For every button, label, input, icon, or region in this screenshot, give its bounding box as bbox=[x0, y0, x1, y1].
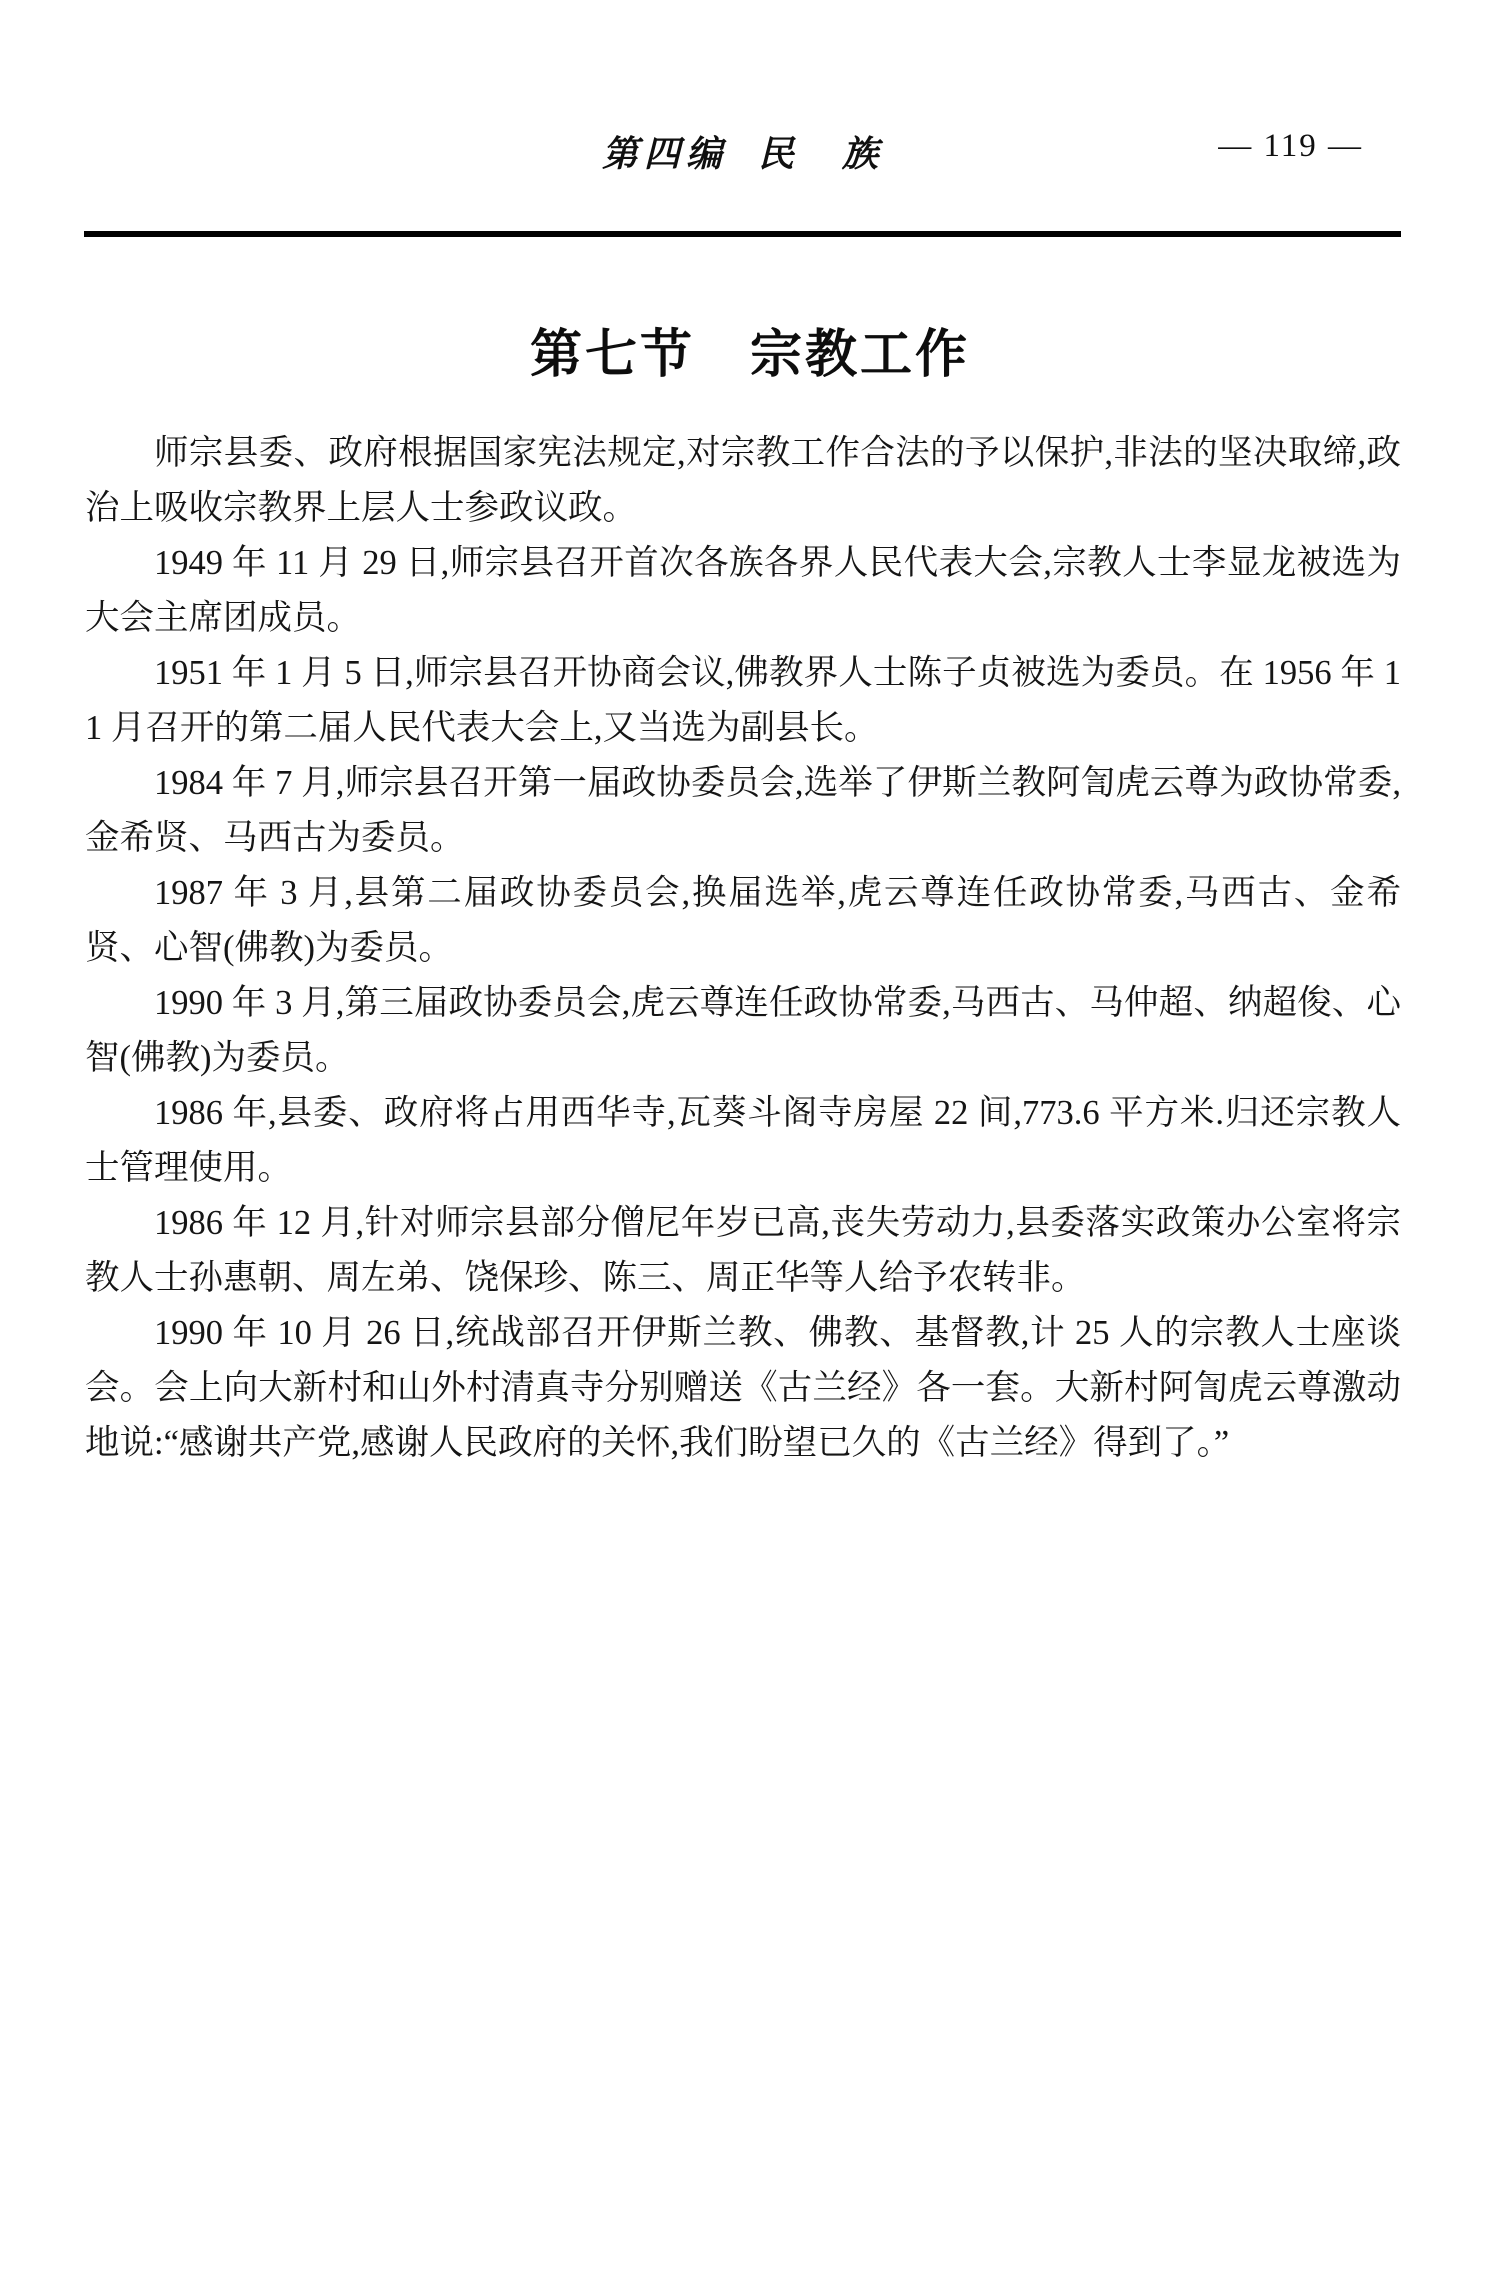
scanned-book-page: 第四编 民 族 — 119 — 第七节 宗教工作 师宗县委、政府根据国家宪法规定… bbox=[0, 0, 1500, 2271]
paragraph-9: 1990 年 10 月 26 日,统战部召开伊斯兰教、佛教、基督教,计 25 人… bbox=[85, 1306, 1401, 1471]
section-title: 第七节 宗教工作 bbox=[0, 312, 1500, 387]
paragraph-5: 1987 年 3 月,县第二届政协委员会,换届选举,虎云尊连任政协常委,马西古、… bbox=[85, 866, 1401, 976]
paragraph-3: 1951 年 1 月 5 日,师宗县召开协商会议,佛教界人士陈子贞被选为委员。在… bbox=[85, 646, 1401, 756]
paragraph-8: 1986 年 12 月,针对师宗县部分僧尼年岁已高,丧失劳动力,县委落实政策办公… bbox=[85, 1196, 1401, 1306]
paragraph-1: 师宗县委、政府根据国家宪法规定,对宗教工作合法的予以保护,非法的坚决取缔,政治上… bbox=[85, 426, 1401, 536]
header-rule bbox=[84, 231, 1401, 237]
body-text: 师宗县委、政府根据国家宪法规定,对宗教工作合法的予以保护,非法的坚决取缔,政治上… bbox=[85, 426, 1401, 1471]
header-page-number: — 119 — bbox=[1218, 128, 1363, 165]
paragraph-7: 1986 年,县委、政府将占用西华寺,瓦葵斗阁寺房屋 22 间,773.6 平方… bbox=[85, 1086, 1401, 1196]
header-section-title: 第四编 民 族 bbox=[602, 126, 884, 177]
paragraph-4: 1984 年 7 月,师宗县召开第一届政协委员会,选举了伊斯兰教阿訇虎云尊为政协… bbox=[85, 756, 1401, 866]
page-header: 第四编 民 族 — 119 — bbox=[85, 126, 1401, 178]
paragraph-6: 1990 年 3 月,第三届政协委员会,虎云尊连任政协常委,马西古、马仲超、纳超… bbox=[85, 976, 1401, 1086]
paragraph-2: 1949 年 11 月 29 日,师宗县召开首次各族各界人民代表大会,宗教人士李… bbox=[85, 536, 1401, 646]
